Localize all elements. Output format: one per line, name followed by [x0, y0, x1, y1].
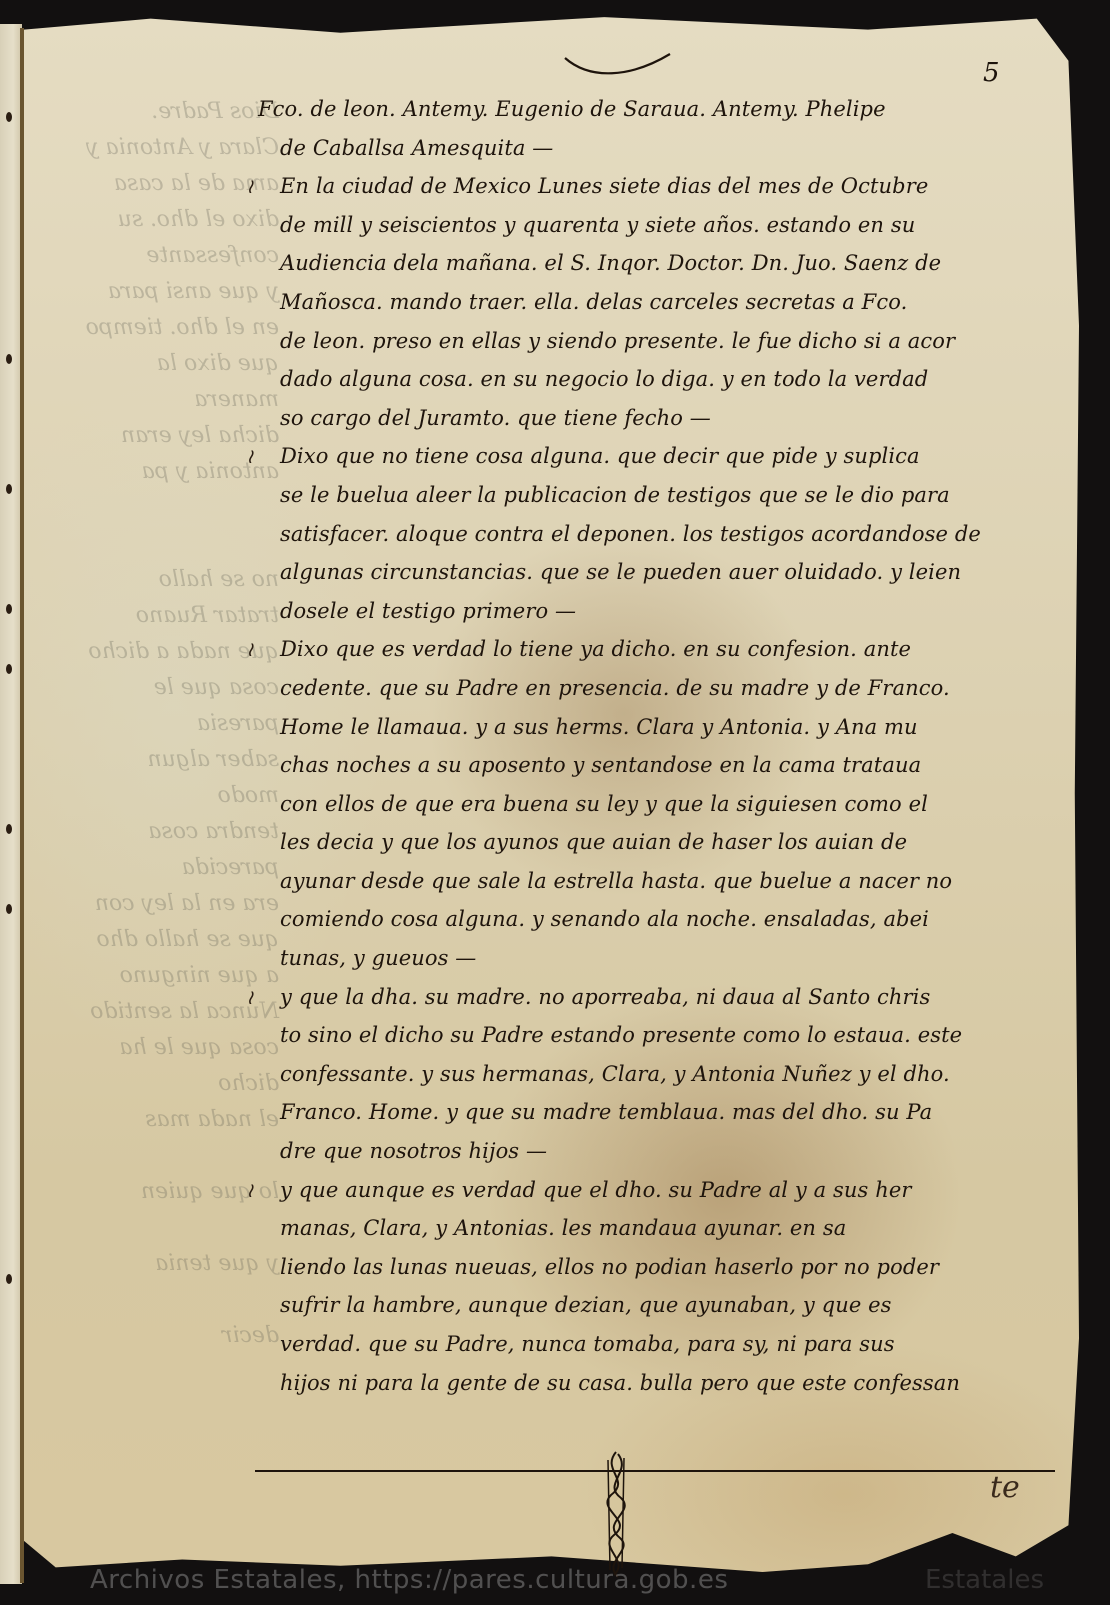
manuscript-line: chas noches a su aposento y sentandose e… — [258, 746, 1058, 785]
manuscript-line: de Caballsa Amesquita — — [258, 129, 1058, 168]
bleed-through-line — [79, 1138, 279, 1174]
manuscript-line: y que la dha. su madre. no aporreaba, ni… — [258, 978, 1058, 1017]
manuscript-line: hijos ni para la gente de su casa. bulla… — [258, 1364, 1058, 1403]
manuscript-line: manas, Clara, y Antonias. les mandaua ay… — [258, 1209, 1058, 1248]
folio-number: 5 — [983, 58, 1000, 88]
bleed-through-line: Clara y Antonia y — [79, 130, 279, 166]
bleed-through-line: el nada mas — [79, 1102, 279, 1138]
bleed-through-line: tratar Ruano — [79, 598, 279, 634]
bleed-through-line — [79, 526, 279, 562]
bleed-through-line: no se hallo — [79, 562, 279, 598]
manuscript-line: Home le llamaua. y a sus herms. Clara y … — [258, 708, 1058, 747]
manuscript-line: de leon. preso en ellas y siendo present… — [258, 322, 1058, 361]
bleed-through-line: tendra cosa parecida — [79, 814, 279, 886]
bleed-through-line: saber algun modo — [79, 742, 279, 814]
manuscript-line: dosele el testigo primero — — [258, 592, 1058, 631]
manuscript-line: En la ciudad de Mexico Lunes siete dias … — [258, 167, 1058, 206]
manuscript-line: algunas circunstancias. que se le pueden… — [258, 553, 1058, 592]
manuscript-line: tunas, y gueuos — — [258, 939, 1058, 978]
closing-mark: te — [990, 1470, 1020, 1505]
manuscript-line: satisfacer. aloque contra el deponen. lo… — [258, 515, 1058, 554]
bleed-through-line: en el dho. tiempo — [79, 310, 279, 346]
manuscript-line: con ellos de que era buena su ley y que … — [258, 785, 1058, 824]
manuscript-line: dado alguna cosa. en su negocio lo diga.… — [258, 360, 1058, 399]
adjacent-page-ink-marks — [2, 24, 20, 1584]
bleed-through-line: decir — [79, 1318, 279, 1354]
manuscript-line: confessante. y sus hermanas, Clara, y An… — [258, 1055, 1058, 1094]
bleed-through-line — [79, 1282, 279, 1318]
bleed-through-text: Dios Padre.Clara y Antonia yama de la ca… — [79, 94, 279, 1354]
manuscript-line: les decia y que los ayunos que auian de … — [258, 823, 1058, 862]
manuscript-line: so cargo del Juramto. que tiene fecho — — [258, 399, 1058, 438]
archive-watermark: Archivos Estatales, https://pares.cultur… — [90, 1565, 728, 1595]
bleed-through-line — [79, 1210, 279, 1246]
bleed-through-line: Dios Padre. — [79, 94, 279, 130]
bleed-through-line — [79, 490, 279, 526]
binding-spine — [20, 28, 24, 1583]
manuscript-text: Fco. de leon. Antemy. Eugenio de Saraua.… — [258, 90, 1058, 1402]
bleed-through-line: confessante — [79, 238, 279, 274]
manuscript-line: de mill y seiscientos y quarenta y siete… — [258, 206, 1058, 245]
bleed-through-line: cosa que le ha dicho — [79, 1030, 279, 1102]
manuscript-line: sufrir la hambre, aunque dezian, que ayu… — [258, 1286, 1058, 1325]
decorative-swash — [560, 50, 680, 80]
manuscript-line: liendo las lunas nueuas, ellos no podian… — [258, 1248, 1058, 1287]
bleed-through-line: era en la ley con — [79, 886, 279, 922]
manuscript-line: Fco. de leon. Antemy. Eugenio de Saraua.… — [258, 90, 1058, 129]
closing-rule — [255, 1470, 1055, 1472]
manuscript-line: se le buelua aleer la publicacion de tes… — [258, 476, 1058, 515]
bleed-through-line: dixo el dho. su — [79, 202, 279, 238]
archive-watermark-right: Estatales — [925, 1565, 1044, 1595]
bleed-through-line: y que tenia — [79, 1246, 279, 1282]
manuscript-line: comiendo cosa alguna. y senando ala noch… — [258, 900, 1058, 939]
manuscript-line: cedente. que su Padre en presencia. de s… — [258, 669, 1058, 708]
bleed-through-line: que dixo la manera — [79, 346, 279, 418]
rubric-flourish — [596, 1450, 636, 1580]
manuscript-line: Franco. Home. y que su madre temblaua. m… — [258, 1093, 1058, 1132]
manuscript-line: Audiencia dela mañana. el S. Inqor. Doct… — [258, 244, 1058, 283]
manuscript-line: Dixo que no tiene cosa alguna. que decir… — [258, 437, 1058, 476]
adjacent-page-edge — [0, 24, 22, 1584]
manuscript-line: Mañosca. mando traer. ella. delas carcel… — [258, 283, 1058, 322]
bleed-through-line: que se hallo dho — [79, 922, 279, 958]
bleed-through-line: y que ansi para — [79, 274, 279, 310]
manuscript-line: verdad. que su Padre, nunca tomaba, para… — [258, 1325, 1058, 1364]
manuscript-line: y que aunque es verdad que el dho. su Pa… — [258, 1171, 1058, 1210]
bleed-through-line: cosa que le paresia — [79, 670, 279, 742]
manuscript-line: ayunar desde que sale la estrella hasta.… — [258, 862, 1058, 901]
manuscript-line: Dixo que es verdad lo tiene ya dicho. en… — [258, 630, 1058, 669]
manuscript-line: to sino el dicho su Padre estando presen… — [258, 1016, 1058, 1055]
manuscript-line: dre que nosotros hijos — — [258, 1132, 1058, 1171]
